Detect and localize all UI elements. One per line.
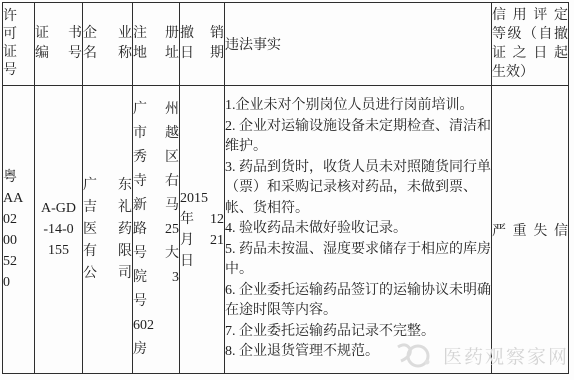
cell-license-no: 粤 AA 02 00 52 0 xyxy=(3,86,35,374)
violation-item: 1.企业未对个别岗位人员进行岗前培训。 xyxy=(225,96,491,117)
header-cell-cert-no: 证书 编号 xyxy=(35,3,83,86)
violation-item: 6. 企业委托运输药品签订的运输协议未明确在途时限等内容。 xyxy=(225,281,491,322)
cell-violation-facts: 1.企业未对个别岗位人员进行岗前培训。 2. 企业对运输设施设备未定期检查、清洁… xyxy=(225,86,492,374)
credit-rating-header-line: 证之日起 xyxy=(492,44,568,63)
cell-credit-rating: 严重失信 xyxy=(492,86,569,374)
violation-item: 5. 药品未按温、湿度要求储存于相应的库房中。 xyxy=(225,240,491,281)
header-row: 许 可 证 号 证书 编号 企业 名称 注册 地址 撤销 日期 违法事实 信用评… xyxy=(3,3,569,86)
header-cell-revocation-date: 撤销 日期 xyxy=(180,3,225,86)
header-cell-license-no: 许 可 证 号 xyxy=(3,3,35,86)
cell-company-name: 广东 吉礼 医药 有限 公司 xyxy=(83,86,133,374)
violation-item: 8. 企业退货管理不规范。 xyxy=(225,342,491,363)
cell-revocation-date: 2015 年12 月21 日 xyxy=(180,86,225,374)
cell-cert-no: A-GD -14-0 155 xyxy=(35,86,83,374)
article-page: 许 可 证 号 证书 编号 企业 名称 注册 地址 撤销 日期 违法事实 信用评… xyxy=(0,0,574,380)
header-cell-violation-facts: 违法事实 xyxy=(225,3,492,86)
credit-rating-header-line: 等级（自撤 xyxy=(492,25,568,44)
credit-rating-header-line: 生效） xyxy=(492,63,568,82)
violation-item: 4. 验收药品未做好验收记录。 xyxy=(225,219,491,240)
violation-table: 许 可 证 号 证书 编号 企业 名称 注册 地址 撤销 日期 违法事实 信用评… xyxy=(2,2,569,374)
credit-rating-header-line: 信用评定 xyxy=(492,6,568,25)
header-cell-company-name: 企业 名称 xyxy=(83,3,133,86)
cell-registered-address: 广州 市越 秀区 寺右 新马 路25 号大 院3 号 602 房 xyxy=(133,86,180,374)
violation-item: 2. 企业对运输设施设备未定期检查、清洁和维护。 xyxy=(225,117,491,158)
header-cell-credit-rating: 信用评定 等级（自撤 证之日起 生效） xyxy=(492,3,569,86)
violation-item: 7. 企业委托运输药品记录不完整。 xyxy=(225,322,491,343)
header-cell-registered-address: 注册 地址 xyxy=(133,3,180,86)
violation-item: 3. 药品到货时，收货人员未对照随货同行单（票）和采购记录核对药品，未做到票、帐… xyxy=(225,158,491,220)
record-row: 粤 AA 02 00 52 0 A-GD -14-0 155 广东 吉礼 医药 … xyxy=(3,86,569,374)
